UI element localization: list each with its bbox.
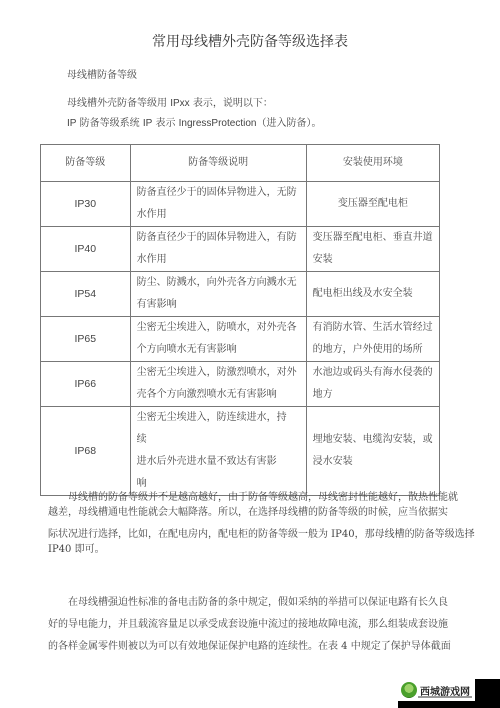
table-row: IP68 尘密无尘埃进入，防连续进水，持 续 进水后外壳进水量不致达有害影 响 … bbox=[41, 407, 440, 496]
header-description: 防备等级说明 bbox=[130, 145, 306, 182]
description-cell: 防备直径少于的固体异物进入，有防水作用 bbox=[130, 227, 306, 272]
description-cell: 防备直径少于的固体异物进入，无防水作用 bbox=[130, 182, 306, 227]
paragraph-line: 在母线槽强迫性标准的备电击防备的条中规定，假如采纳的举措可以保证电路有长久良 bbox=[48, 592, 428, 614]
table-row: IP40 防备直径少于的固体异物进入，有防水作用 变压器至配电柜、垂直井道安装 bbox=[41, 227, 440, 272]
paragraph-selection-advice: 母线槽的防备等级并不是越高越好，由于防备等级越高，母线密封性能越好，散热性能就 … bbox=[48, 490, 428, 557]
paragraph-protective-circuit: 在母线槽强迫性标准的备电击防备的条中规定，假如采纳的举措可以保证电路有长久良 好… bbox=[48, 592, 428, 658]
environment-cell: 变压器至配电柜 bbox=[306, 182, 439, 227]
intro-line-1: 母线槽外壳防备等级用 IPxx 表示，说明以下： bbox=[67, 94, 273, 109]
paragraph-line: 越差，母线槽通电性能就会大幅降落。所以，在选择母线槽的防备等级的时候，应当依据实 bbox=[48, 505, 428, 520]
grade-cell: IP66 bbox=[41, 362, 131, 407]
paragraph-line: 的各样金属零件则被以为可以有效地保证保护电路的连续性。在表 4 中规定了保护导体… bbox=[48, 636, 428, 658]
intro-line-2: IP 防备等级系统 IP 表示 IngressProtection（进入防备）。 bbox=[67, 114, 321, 129]
description-cell: 防尘、防溅水，向外壳各方向溅水无有害影响 bbox=[130, 272, 306, 317]
table-header-row: 防备等级 防备等级说明 安装使用环境 bbox=[41, 145, 440, 182]
paragraph-line: 好的导电能力，并且载流容量足以承受成套设施中流过的接地故障电流，那么组装成套设施 bbox=[48, 614, 428, 636]
protection-grade-table: 防备等级 防备等级说明 安装使用环境 IP30 防备直径少于的固体异物进入，无防… bbox=[40, 144, 440, 496]
grade-cell: IP54 bbox=[41, 272, 131, 317]
description-line: 进水后外壳进水量不致达有害影 bbox=[137, 451, 300, 473]
watermark-badge: 西城游戏网 bbox=[398, 679, 475, 701]
environment-cell: 埋地安装、电缆沟安装，或浸水安装 bbox=[306, 407, 439, 496]
table-row: IP54 防尘、防溅水，向外壳各方向溅水无有害影响 配电柜出线及水安全装 bbox=[41, 272, 440, 317]
grade-cell: IP65 bbox=[41, 317, 131, 362]
paragraph-line: IP40 即可。 bbox=[48, 542, 428, 557]
grade-cell: IP30 bbox=[41, 182, 131, 227]
header-environment: 安装使用环境 bbox=[306, 145, 439, 182]
header-grade: 防备等级 bbox=[41, 145, 131, 182]
section-heading: 母线槽防备等级 bbox=[67, 66, 137, 81]
paragraph-line: 际状况进行选择，比如，在配电房内，配电柜的防备等级一般为 IP40，那母线槽的防… bbox=[48, 527, 428, 542]
site-watermark: 西城游戏网 bbox=[398, 679, 500, 708]
grade-cell: IP40 bbox=[41, 227, 131, 272]
description-cell: 尘密无尘埃进入，防激烈喷水，对外壳各个方向激烈喷水无有害影响 bbox=[130, 362, 306, 407]
intro-text: 表示，说明以下： bbox=[190, 98, 273, 109]
environment-cell: 有消防水管、生活水管经过的地方，户外使用的场所 bbox=[306, 317, 439, 362]
site-logo-icon bbox=[401, 682, 417, 698]
environment-cell: 变压器至配电柜、垂直井道安装 bbox=[306, 227, 439, 272]
document-title: 常用母线槽外壳防备等级选择表 bbox=[0, 31, 500, 51]
description-line: 尘密无尘埃进入，防连续进水，持 续 bbox=[137, 407, 300, 451]
ipxx-code: IPxx bbox=[170, 98, 189, 109]
table-row: IP66 尘密无尘埃进入，防激烈喷水，对外壳各个方向激烈喷水无有害影响 水池边或… bbox=[41, 362, 440, 407]
environment-cell: 配电柜出线及水安全装 bbox=[306, 272, 439, 317]
ip-code: IP bbox=[143, 118, 152, 129]
intro-text: 防备等级系统 bbox=[76, 118, 142, 129]
description-cell: 尘密无尘埃进入，防喷水，对外壳各个方向喷水无有害影响 bbox=[130, 317, 306, 362]
intro-text: 母线槽外壳防备等级用 bbox=[67, 98, 170, 109]
ingress-protection-term: IngressProtection bbox=[179, 118, 257, 129]
table-row: IP65 尘密无尘埃进入，防喷水，对外壳各个方向喷水无有害影响 有消防水管、生活… bbox=[41, 317, 440, 362]
paragraph-line: 母线槽的防备等级并不是越高越好，由于防备等级越高，母线密封性能越好，散热性能就 bbox=[48, 490, 428, 505]
intro-text: 表示 bbox=[152, 118, 178, 129]
grade-cell: IP68 bbox=[41, 407, 131, 496]
table-row: IP30 防备直径少于的固体异物进入，无防水作用 变压器至配电柜 bbox=[41, 182, 440, 227]
environment-cell: 水池边或码头有海水侵袭的地方 bbox=[306, 362, 439, 407]
watermark-subtext-line bbox=[418, 696, 472, 698]
description-cell: 尘密无尘埃进入，防连续进水，持 续 进水后外壳进水量不致达有害影 响 bbox=[130, 407, 306, 496]
intro-text: （进入防备）。 bbox=[256, 118, 321, 129]
